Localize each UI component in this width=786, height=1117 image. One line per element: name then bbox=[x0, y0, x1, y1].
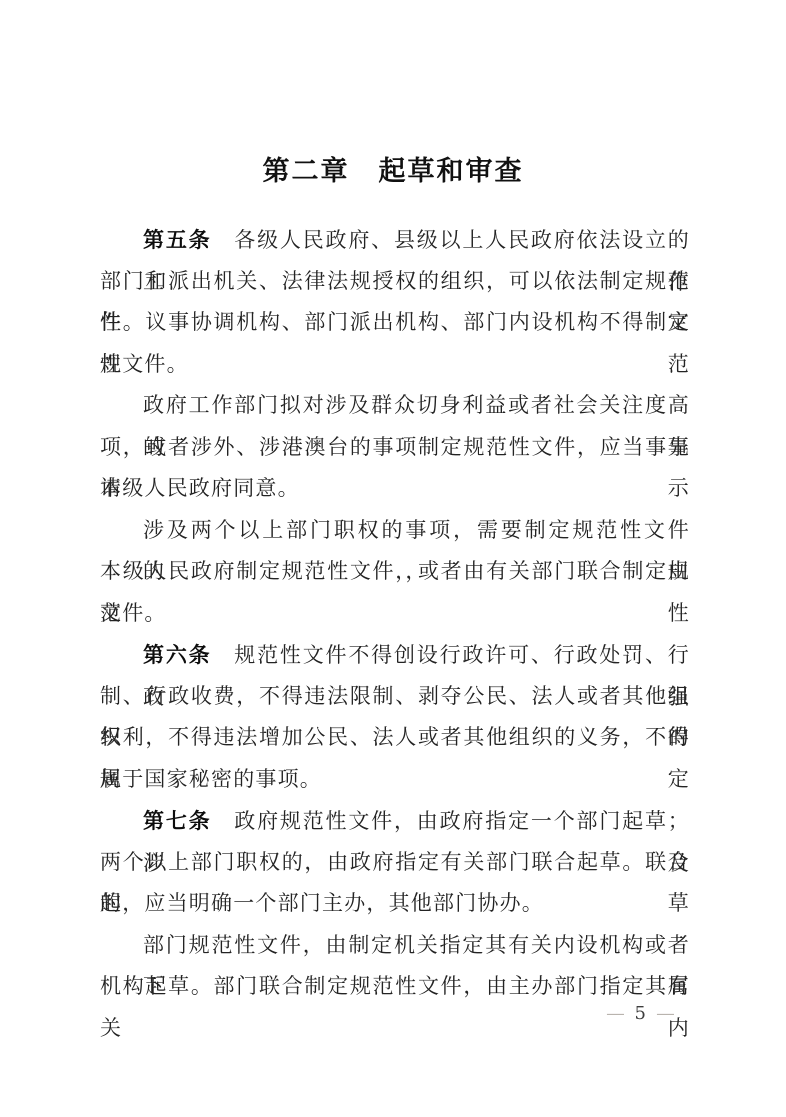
text-line: 制、行政收费，不得违法限制、剥夺公民、法人或者其他组织的 bbox=[100, 676, 690, 718]
chapter-title: 第二章 起草和审查 bbox=[0, 155, 786, 189]
page-footer: — 5 — bbox=[607, 1003, 674, 1024]
footer-dash-right: — bbox=[656, 1004, 675, 1024]
text-line: 项，或者涉外、涉港澳台的事项制定规范性文件，应当事先请示 bbox=[100, 427, 690, 469]
document-page: 第二章 起草和审查 第五条 各级人民政府、县级以上人民政府依法设立的工作部门和派… bbox=[0, 0, 786, 1117]
text-line: 两个以上部门职权的，由政府指定有关部门联合起草。联合起草 bbox=[100, 842, 690, 884]
text-line: 涉及两个以上部门职权的事项，需要制定规范性文件的，由 bbox=[100, 510, 690, 552]
text-line: 权利，不得违法增加公民、法人或者其他组织的义务，不得规定 bbox=[100, 717, 690, 759]
footer-dash-left: — bbox=[606, 1004, 625, 1024]
page-number: 5 bbox=[635, 1003, 646, 1024]
article-number: 第六条 bbox=[143, 642, 211, 667]
text-line: 第五条 各级人民政府、县级以上人民政府依法设立的工作 bbox=[100, 219, 690, 261]
text-line: 件。议事协调机构、部门派出机构、部门内设机构不得制定规范 bbox=[100, 302, 690, 344]
text-line: 部门规范性文件，由制定机关指定其有关内设机构或者下属 bbox=[100, 925, 690, 967]
text-line: 部门和派出机关、法律法规授权的组织，可以依法制定规范性文 bbox=[100, 261, 690, 303]
article-number: 第五条 bbox=[143, 227, 211, 252]
text-line: 机构起草。部门联合制定规范性文件，由主办部门指定其有关内 bbox=[100, 966, 690, 1008]
text-line: 政府工作部门拟对涉及群众切身利益或者社会关注度高的事 bbox=[100, 385, 690, 427]
article-number: 第七条 bbox=[143, 808, 211, 833]
document-body: 第五条 各级人民政府、县级以上人民政府依法设立的工作部门和派出机关、法律法规授权… bbox=[100, 219, 690, 1008]
text-line: 第六条 规范性文件不得创设行政许可、行政处罚、行政强 bbox=[100, 634, 690, 676]
text-line: 本级人民政府制定规范性文件，或者由有关部门联合制定规范性 bbox=[100, 551, 690, 593]
text-line: 第七条 政府规范性文件，由政府指定一个部门起草；涉及 bbox=[100, 800, 690, 842]
